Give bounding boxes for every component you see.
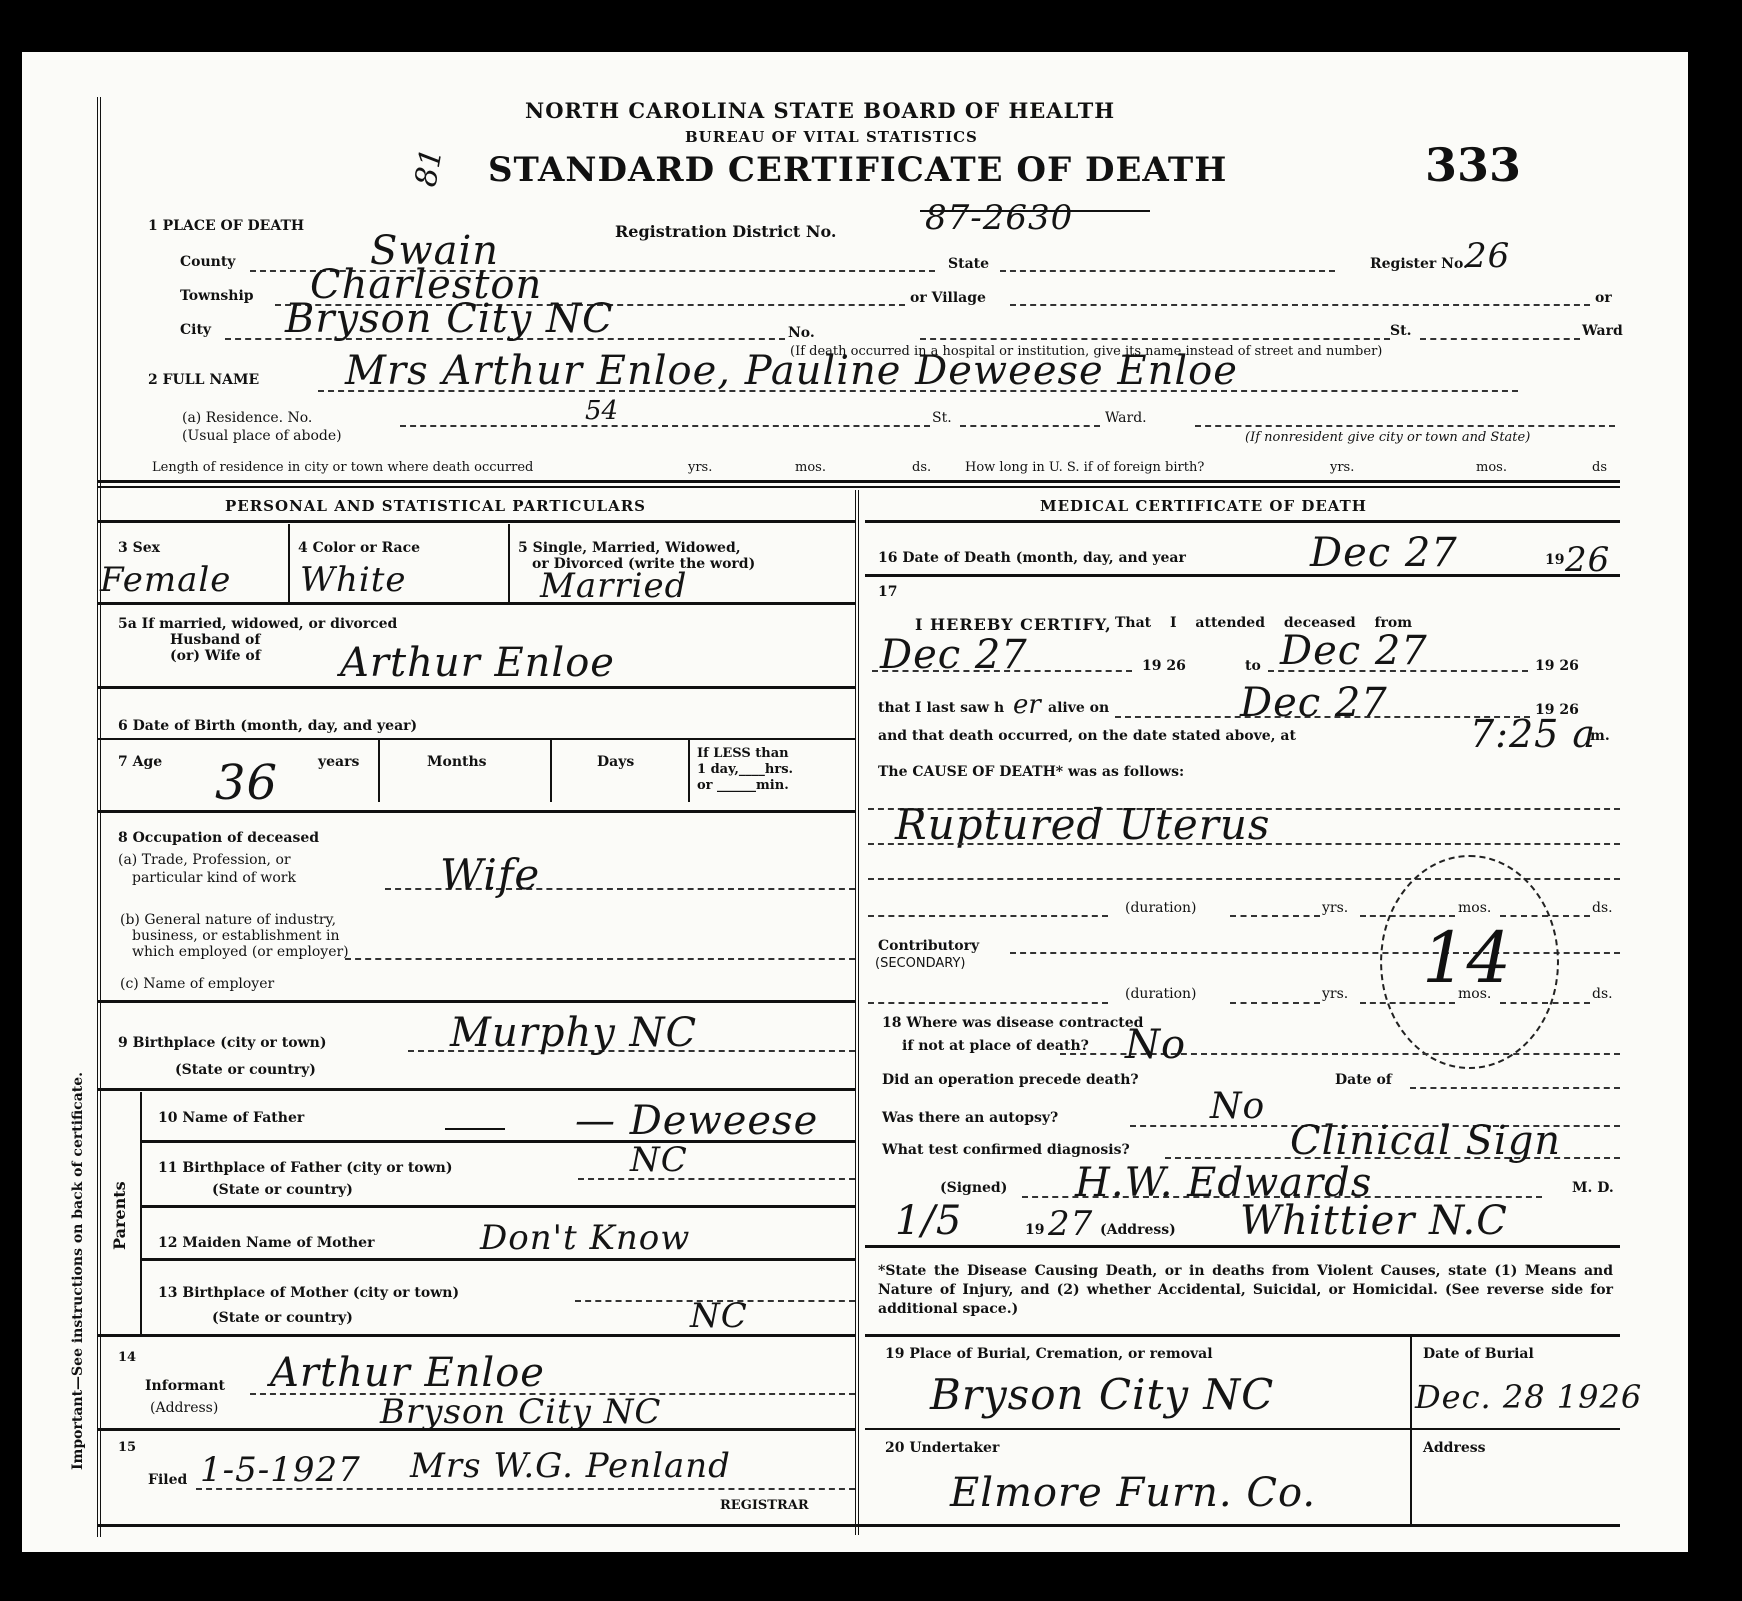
years-label: years xyxy=(318,754,359,770)
test-confirmed-label: What test confirmed diagnosis? xyxy=(882,1142,1130,1158)
length-of-residence-label: Length of residence in city or town wher… xyxy=(152,460,533,475)
mother-value[interactable]: Don't Know xyxy=(480,1218,690,1258)
mos-label-2: mos. xyxy=(1476,460,1507,475)
birthplace-label: 9 Birthplace (city or town) xyxy=(118,1035,326,1051)
full-name-value[interactable]: Mrs Arthur Enloe, Pauline Deweese Enloe xyxy=(345,348,1238,394)
mother-birthplace-sub: (State or country) xyxy=(212,1310,353,1326)
city-label: City xyxy=(180,322,211,338)
informant-label: Informant xyxy=(145,1378,225,1394)
ds-label-2: ds xyxy=(1592,460,1607,475)
last-saw-pronoun[interactable]: er xyxy=(1013,690,1041,720)
race-value[interactable]: White xyxy=(300,560,407,600)
cause-of-death-label: The CAUSE OF DEATH* was as follows: xyxy=(878,764,1184,780)
ds-label: ds. xyxy=(912,460,931,475)
personal-section-title: PERSONAL AND STATISTICAL PARTICULARS xyxy=(225,497,646,515)
or-label: or xyxy=(1595,290,1612,306)
dob-label: 6 Date of Birth (month, day, and year) xyxy=(118,718,417,734)
yrs-label: yrs. xyxy=(688,460,712,475)
less-than-label-1: If LESS than xyxy=(697,746,789,761)
residence-st-label: St. xyxy=(932,410,952,426)
city-value[interactable]: Bryson City NC xyxy=(285,296,614,342)
filed-date-value[interactable]: 1-5-1927 xyxy=(200,1450,361,1490)
bureau-title: BUREAU OF VITAL STATISTICS xyxy=(685,128,978,146)
industry-label-1: (b) General nature of industry, xyxy=(120,912,336,928)
death-time-value[interactable]: 7:25 a xyxy=(1470,712,1596,756)
father-birthplace-value[interactable]: NC xyxy=(630,1140,688,1180)
spouse-label-2: Husband of xyxy=(170,632,260,648)
alive-on-label: alive on xyxy=(1048,700,1109,716)
sex-label: 3 Sex xyxy=(118,540,160,556)
birthplace-value[interactable]: Murphy NC xyxy=(450,1010,697,1056)
burial-place-label: 19 Place of Burial, Cremation, or remova… xyxy=(885,1346,1213,1362)
marital-label-1: 5 Single, Married, Widowed, xyxy=(518,540,741,556)
state-label: State xyxy=(948,256,989,272)
spouse-value[interactable]: Arthur Enloe xyxy=(340,640,615,686)
date-of-label: Date of xyxy=(1335,1072,1392,1088)
attended-from-value[interactable]: Dec 27 xyxy=(880,632,1028,678)
mos-label: mos. xyxy=(795,460,826,475)
less-than-label-2: 1 day,____hrs. xyxy=(697,762,793,777)
cause-of-death-value[interactable]: Ruptured Uterus xyxy=(895,800,1270,849)
occupation-label: 8 Occupation of deceased xyxy=(118,830,319,846)
months-label: Months xyxy=(427,754,487,770)
age-label: 7 Age xyxy=(118,754,162,770)
register-no-value[interactable]: 26 xyxy=(1465,236,1510,276)
where-contracted-value[interactable]: No xyxy=(1125,1022,1186,1068)
foreign-birth-label: How long in U. S. if of foreign birth? xyxy=(965,460,1204,475)
days-label: Days xyxy=(597,754,634,770)
burial-date-label: Date of Burial xyxy=(1423,1346,1534,1362)
last-saw-label: that I last saw h xyxy=(878,700,1004,716)
test-confirmed-value[interactable]: Clinical Sign xyxy=(1290,1118,1561,1164)
registration-district-label: Registration District No. xyxy=(615,222,836,241)
signed-year-value[interactable]: 27 xyxy=(1048,1204,1093,1244)
stamp-value: 14 xyxy=(1422,917,1511,999)
informant-address-value[interactable]: Bryson City NC xyxy=(380,1392,661,1432)
where-contracted-label-2: if not at place of death? xyxy=(902,1038,1089,1054)
place-of-death-label: 1 PLACE OF DEATH xyxy=(148,218,304,234)
cause-footnote: *State the Disease Causing Death, or in … xyxy=(878,1262,1613,1319)
register-no-label: Register No. xyxy=(1370,256,1468,272)
secondary-label: (SECONDARY) xyxy=(875,956,965,971)
autopsy-label: Was there an autopsy? xyxy=(882,1110,1058,1126)
less-than-label-3: or ______min. xyxy=(697,778,789,793)
trade-label-1: (a) Trade, Profession, or xyxy=(118,852,291,868)
informant-address-label: (Address) xyxy=(150,1400,218,1416)
agency-title: NORTH CAROLINA STATE BOARD OF HEALTH xyxy=(525,98,1115,123)
mother-birthplace-value[interactable]: NC xyxy=(690,1296,748,1336)
physician-address-value[interactable]: Whittier N.C xyxy=(1240,1198,1508,1244)
certificate-title: STANDARD CERTIFICATE OF DEATH xyxy=(488,150,1227,190)
mother-birthplace-label: 13 Birthplace of Mother (city or town) xyxy=(158,1285,459,1301)
autopsy-value[interactable]: No xyxy=(1210,1086,1265,1127)
residence-label: (a) Residence. No. xyxy=(182,410,312,426)
duration-yrs-label-2: yrs. xyxy=(1322,986,1348,1002)
duration-ds-label: ds. xyxy=(1592,900,1613,916)
trade-label-2: particular kind of work xyxy=(132,870,296,886)
death-occurred-label: and that death occurred, on the date sta… xyxy=(878,728,1296,744)
date-of-death-label: 16 Date of Death (month, day, and year xyxy=(878,550,1186,566)
alive-on-value[interactable]: Dec 27 xyxy=(1240,680,1388,726)
birthplace-sub-label: (State or country) xyxy=(175,1062,316,1078)
st-label: St. xyxy=(1390,323,1411,339)
registrar-value[interactable]: Mrs W.G. Penland xyxy=(410,1446,731,1486)
father-birthplace-sub: (State or country) xyxy=(212,1182,353,1198)
contributory-label: Contributory xyxy=(878,938,979,954)
parents-label: Parents xyxy=(110,1181,129,1250)
medical-section-title: MEDICAL CERTIFICATE OF DEATH xyxy=(1040,497,1367,515)
nonresident-note: (If nonresident give city or town and St… xyxy=(1245,430,1530,445)
duration-label-2: (duration) xyxy=(1125,986,1197,1002)
signed-label: (Signed) xyxy=(940,1180,1007,1196)
where-contracted-label-1: 18 Where was disease contracted xyxy=(882,1015,1143,1031)
no-label: No. xyxy=(788,325,815,341)
father-value[interactable]: — Deweese xyxy=(575,1098,818,1144)
spouse-label-3: (or) Wife of xyxy=(170,648,261,664)
death-time-suffix: m. xyxy=(1590,728,1610,744)
signed-date-value[interactable]: 1/5 xyxy=(895,1198,962,1244)
from-year-value[interactable]: 19 26 xyxy=(1142,658,1186,674)
informant-number: 14 xyxy=(118,1350,136,1365)
burial-date-value[interactable]: Dec. 28 1926 xyxy=(1415,1378,1642,1416)
dod-year-prefix: 19 xyxy=(1545,552,1564,568)
duration-label: (duration) xyxy=(1125,900,1197,916)
filed-number: 15 xyxy=(118,1440,136,1455)
undertaker-value[interactable]: Elmore Furn. Co. xyxy=(950,1470,1316,1516)
undertaker-address-label: Address xyxy=(1423,1440,1486,1456)
filed-label: Filed xyxy=(148,1472,187,1488)
physician-address-label: (Address) xyxy=(1100,1222,1176,1238)
village-label: or Village xyxy=(910,290,986,306)
margin-instructions-text: Important—See instructions on back of ce… xyxy=(70,1072,86,1470)
md-label: M. D. xyxy=(1572,1180,1614,1196)
registration-district-value[interactable]: 87-2630 xyxy=(925,198,1073,238)
to-year-value[interactable]: 19 26 xyxy=(1535,658,1579,674)
margin-mark: 81 xyxy=(409,146,450,190)
burial-place-value[interactable]: Bryson City NC xyxy=(930,1370,1274,1419)
race-label: 4 Color or Race xyxy=(298,540,420,556)
duration-yrs-label: yrs. xyxy=(1322,900,1348,916)
sex-value[interactable]: Female xyxy=(100,560,231,600)
residence-value[interactable]: 54 xyxy=(585,396,618,426)
date-of-death-value[interactable]: Dec 27 xyxy=(1310,530,1458,576)
full-name-label: 2 FULL NAME xyxy=(148,372,259,388)
to-label: to xyxy=(1245,658,1261,674)
registrar-label: REGISTRAR xyxy=(720,1498,809,1513)
trade-value[interactable]: Wife xyxy=(440,850,540,899)
item-17-label: 17 xyxy=(878,584,897,600)
ward-label: Ward xyxy=(1582,323,1623,339)
employer-label: (c) Name of employer xyxy=(120,976,274,992)
registration-stamp: 14 xyxy=(1380,855,1559,1069)
abode-label: (Usual place of abode) xyxy=(182,428,342,444)
operation-label: Did an operation precede death? xyxy=(882,1072,1139,1088)
residence-ward-label: Ward. xyxy=(1105,410,1147,426)
marital-value[interactable]: Married xyxy=(540,566,687,606)
township-label: Township xyxy=(180,288,254,304)
yrs-label-2: yrs. xyxy=(1330,460,1354,475)
father-birthplace-label: 11 Birthplace of Father (city or town) xyxy=(158,1160,453,1176)
informant-value[interactable]: Arthur Enloe xyxy=(270,1350,545,1396)
industry-label-2: business, or establishment in xyxy=(132,928,340,944)
industry-label-3: which employed (or employer) xyxy=(132,944,349,960)
father-label: 10 Name of Father xyxy=(158,1110,304,1126)
county-label: County xyxy=(180,254,235,270)
mother-label: 12 Maiden Name of Mother xyxy=(158,1235,374,1251)
duration-ds-label-2: ds. xyxy=(1592,986,1613,1002)
spouse-label-1: 5a If married, widowed, or divorced xyxy=(118,616,397,632)
signed-year-prefix: 19 xyxy=(1025,1222,1044,1238)
attended-to-value[interactable]: Dec 27 xyxy=(1280,628,1428,674)
undertaker-label: 20 Undertaker xyxy=(885,1440,999,1456)
age-value[interactable]: 36 xyxy=(215,755,278,811)
certificate-number: 333 xyxy=(1425,138,1521,192)
